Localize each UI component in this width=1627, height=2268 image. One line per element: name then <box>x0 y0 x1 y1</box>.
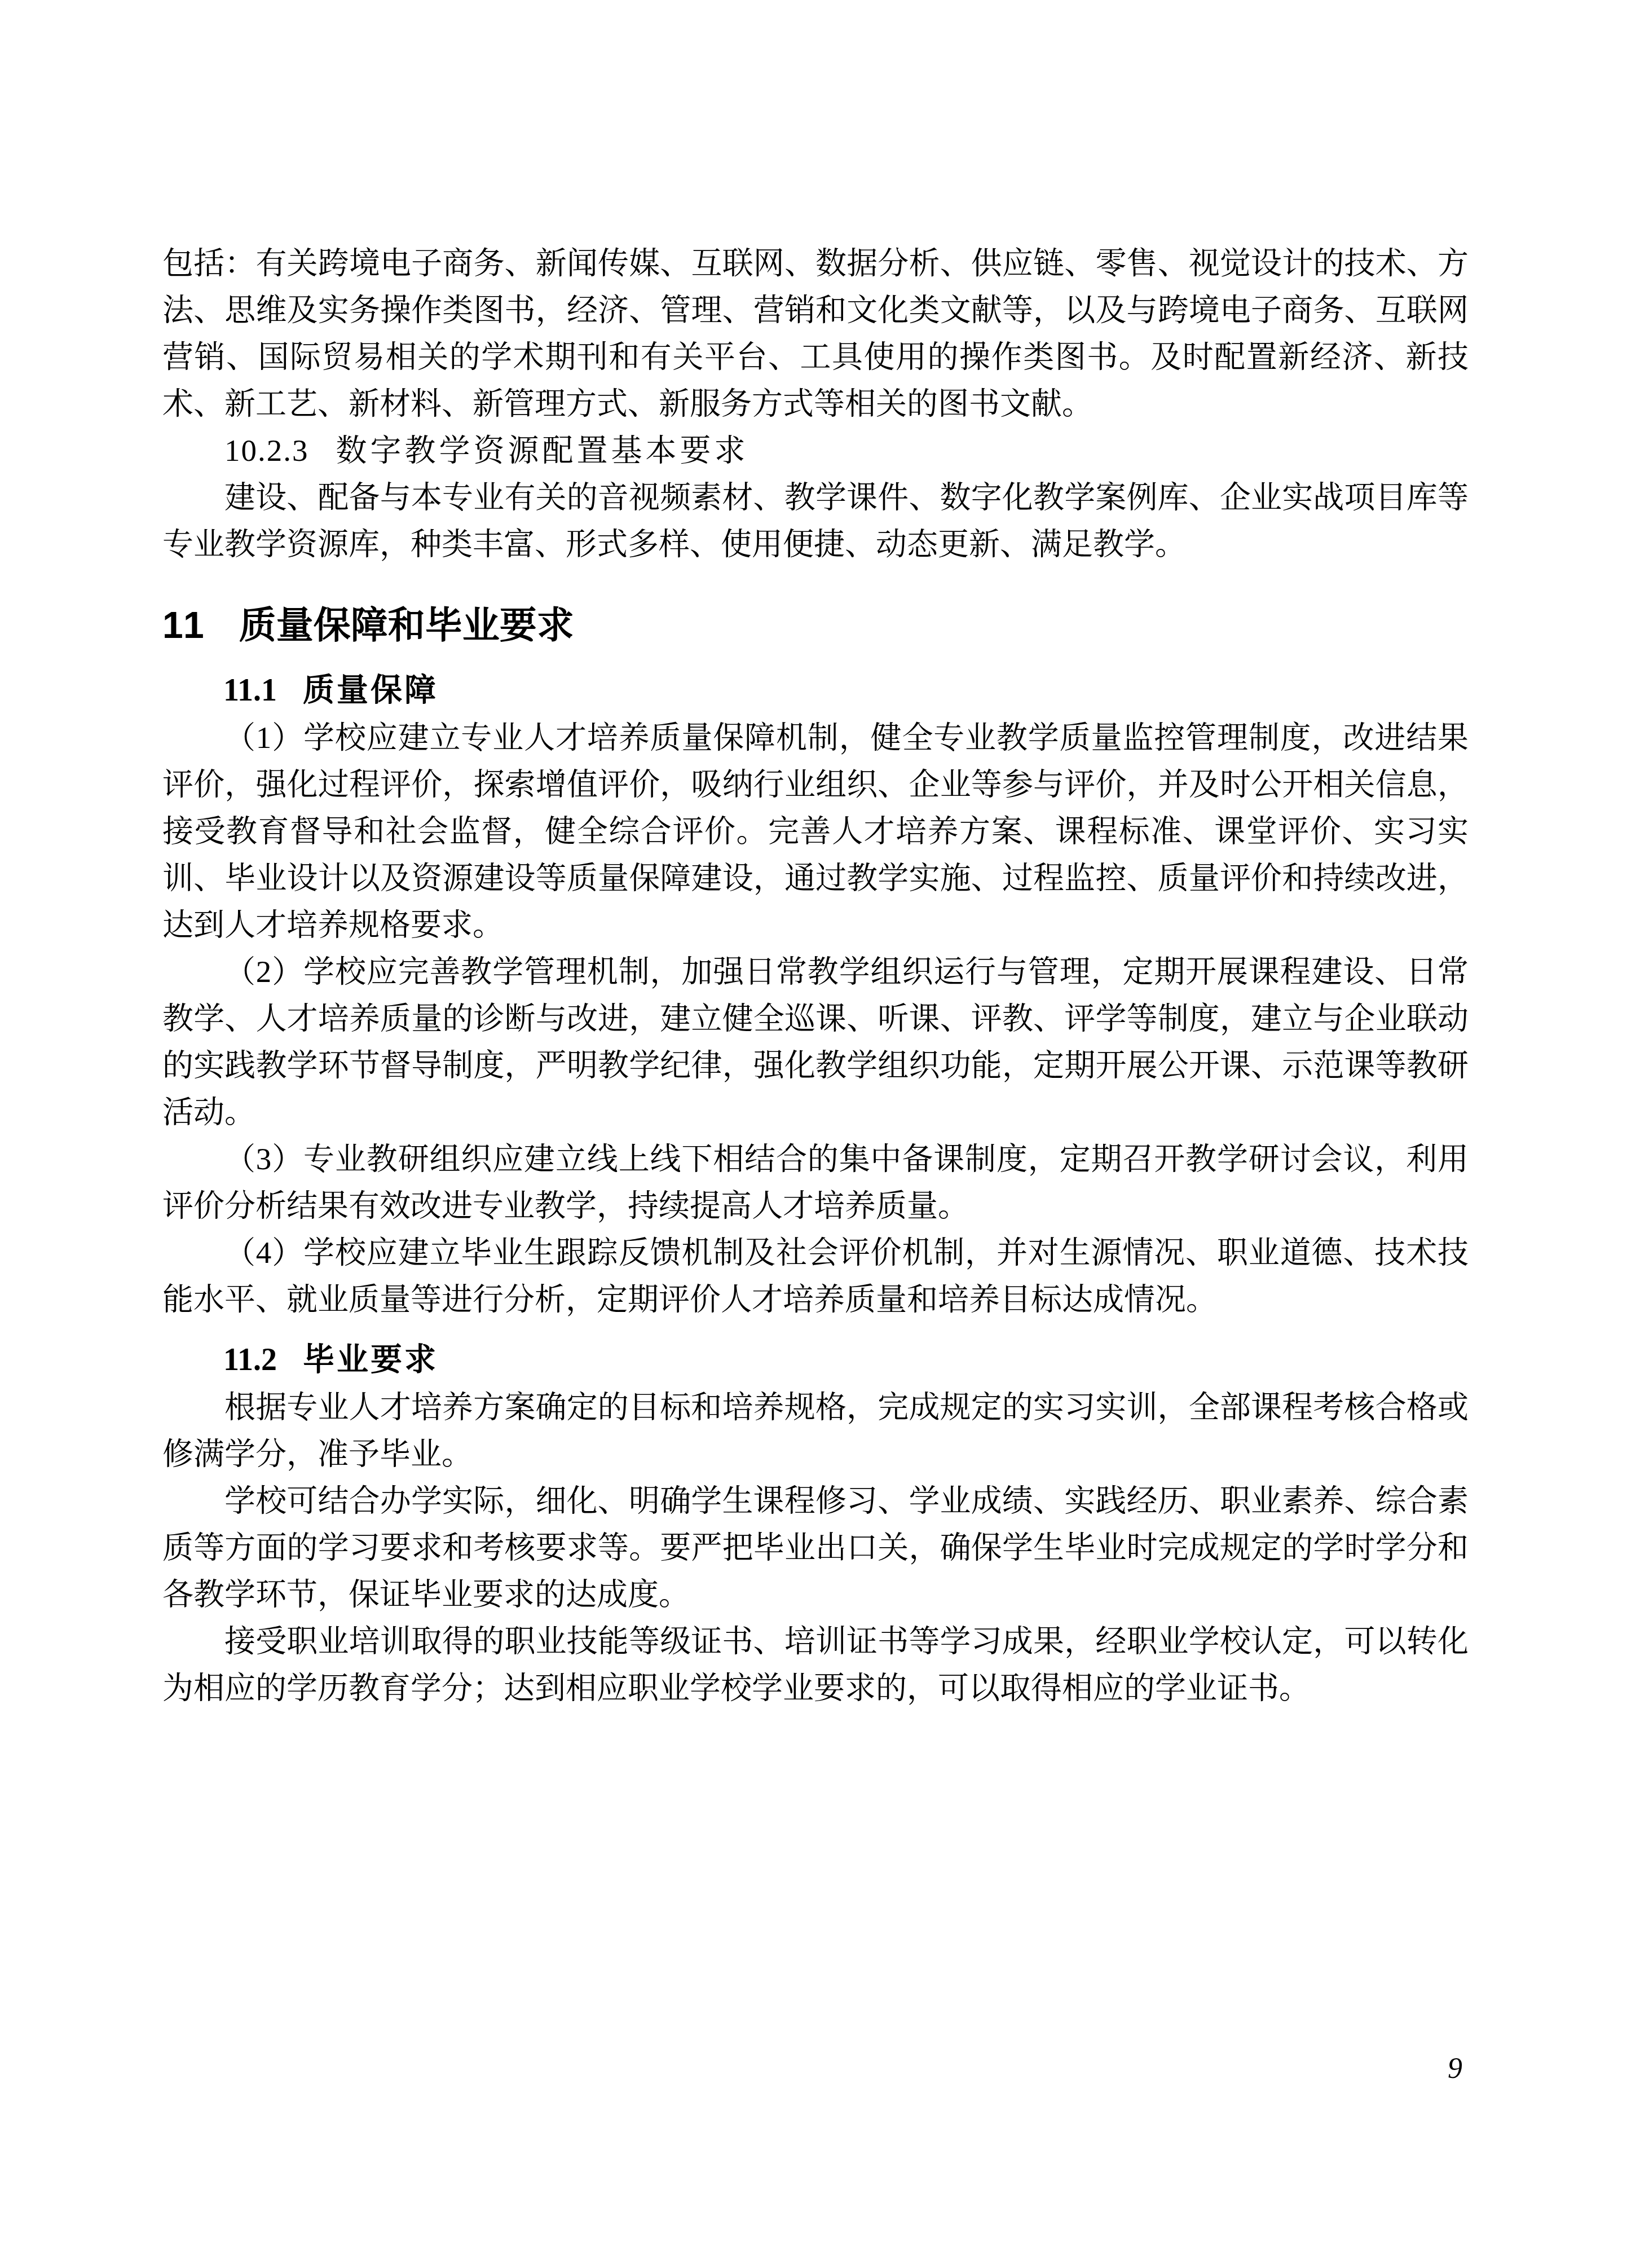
section-title: 毕业要求 <box>303 1342 438 1377</box>
chapter-title: 质量保障和毕业要求 <box>239 604 574 646</box>
paragraph-quality-item-1: （1）学校应建立专业人才培养质量保障机制，健全专业教学质量监控管理制度，改进结果… <box>162 714 1469 948</box>
paragraph-digital-resources: 建设、配备与本专业有关的音视频素材、教学课件、数字化教学案例库、企业实战项目库等… <box>162 474 1469 567</box>
paragraph-bibliography-continuation: 包括：有关跨境电子商务、新闻传媒、互联网、数据分析、供应链、零售、视觉设计的技术… <box>162 240 1469 427</box>
document-page: 包括：有关跨境电子商务、新闻传媒、互联网、数据分析、供应链、零售、视觉设计的技术… <box>0 0 1627 2268</box>
paragraph-quality-item-4: （4）学校应建立毕业生跟踪反馈机制及社会评价机制，并对生源情况、职业道德、技术技… <box>162 1229 1469 1323</box>
paragraph-quality-item-2: （2）学校应完善教学管理机制，加强日常教学组织运行与管理，定期开展课程建设、日常… <box>162 948 1469 1135</box>
paragraph-graduation-3: 接受职业培训取得的职业技能等级证书、培训证书等学习成果，经职业学校认定，可以转化… <box>162 1618 1469 1711</box>
paragraph-quality-item-3: （3）专业教研组织应建立线上线下相结合的集中备课制度，定期召开教学研讨会议，利用… <box>162 1135 1469 1229</box>
section-number: 10.2.3 <box>224 433 309 468</box>
section-title: 数字教学资源配置基本要求 <box>336 433 749 468</box>
paragraph-graduation-2: 学校可结合办学实际，细化、明确学生课程修习、学业成绩、实践经历、职业素养、综合素… <box>162 1477 1469 1618</box>
page-number: 9 <box>1448 2052 1462 2085</box>
chapter-number: 11 <box>162 604 206 646</box>
document-body: 包括：有关跨境电子商务、新闻传媒、互联网、数据分析、供应链、零售、视觉设计的技术… <box>162 240 1469 1711</box>
section-number: 11.1 <box>223 673 277 708</box>
section-number: 11.2 <box>223 1342 277 1377</box>
section-title: 质量保障 <box>303 673 438 708</box>
paragraph-graduation-1: 根据专业人才培养方案确定的目标和培养规格，完成规定的实习实训，全部课程考核合格或… <box>162 1384 1469 1477</box>
section-heading-10-2-3: 10.2.3数字教学资源配置基本要求 <box>162 427 1469 474</box>
section-heading-11-1: 11.1质量保障 <box>162 667 1469 714</box>
section-heading-11-2: 11.2毕业要求 <box>162 1337 1469 1384</box>
chapter-heading-11: 11质量保障和毕业要求 <box>162 597 1469 653</box>
